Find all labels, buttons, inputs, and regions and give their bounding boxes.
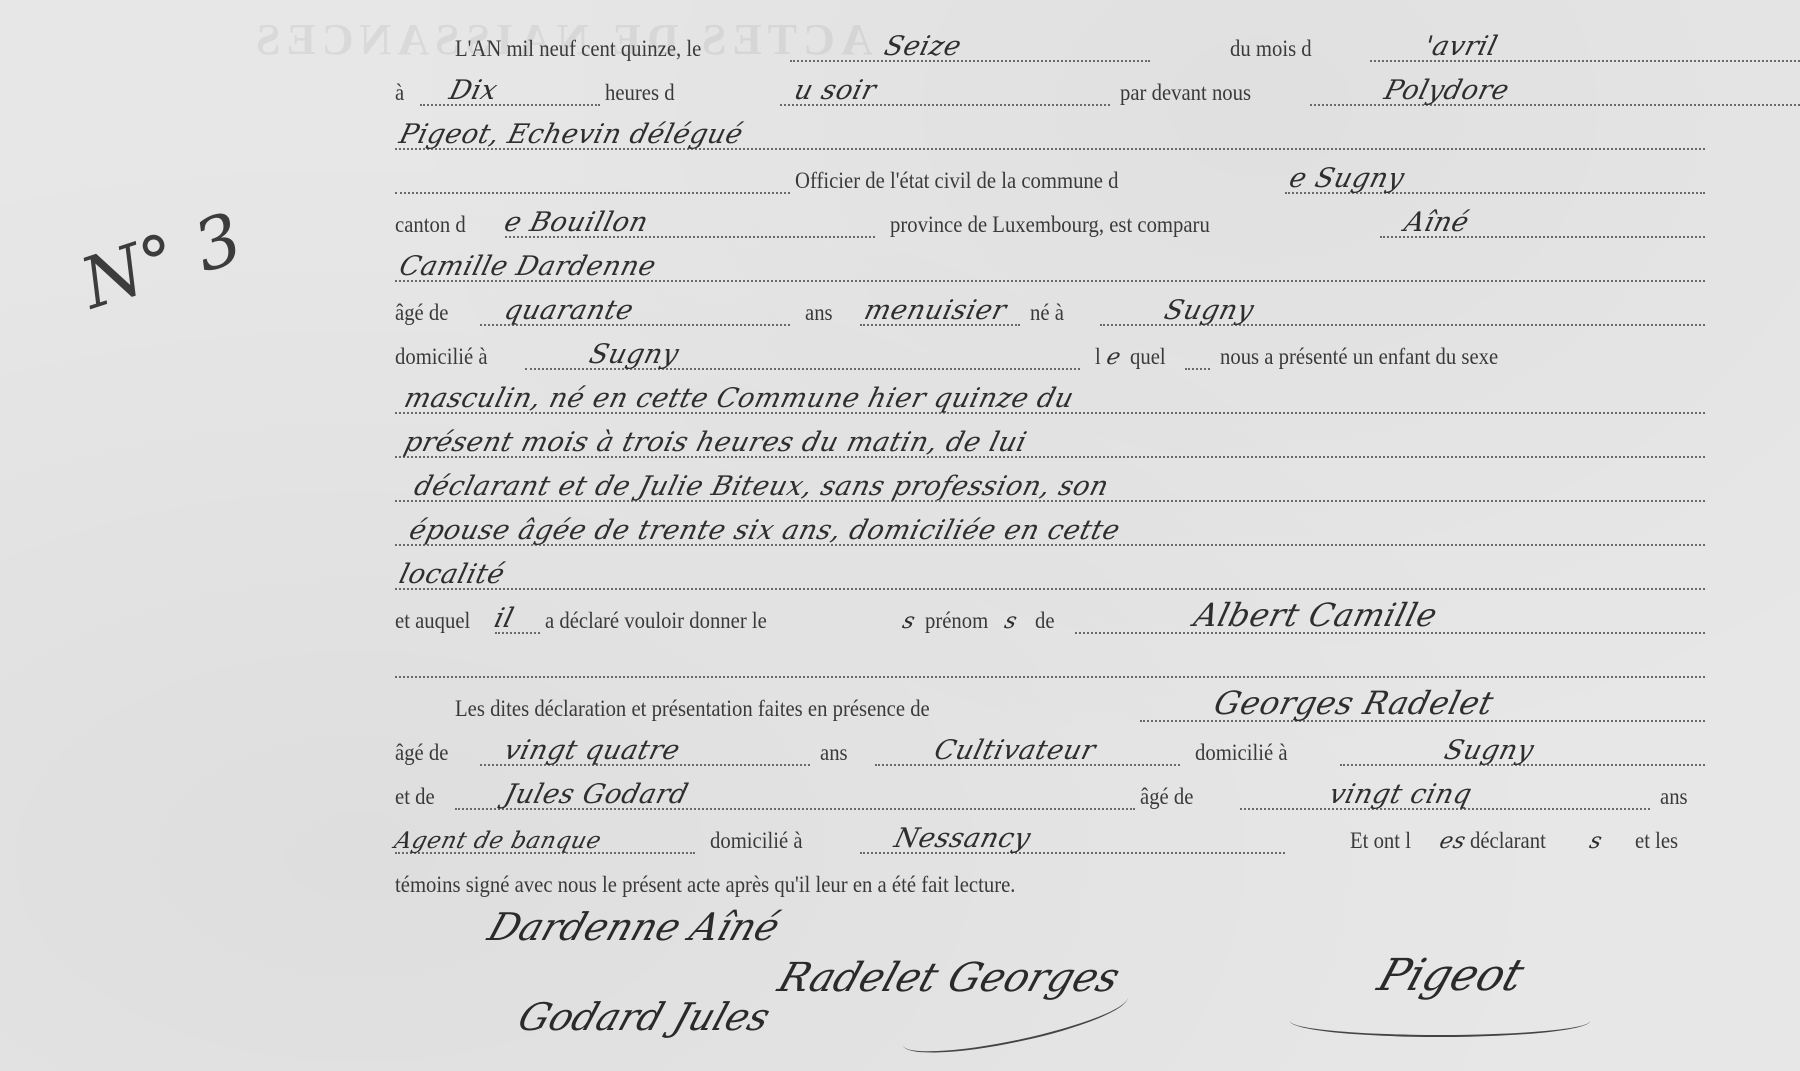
field-hour: Dix [446,75,501,106]
field-declarant-domicile: Sugny [586,339,682,370]
line-narrative-4: épouse âgée de trente six ans, domicilié… [395,510,1705,554]
field-commune: e Sugny [1286,163,1408,194]
line-domicile: domicilié à Sugny l e quel nous a présen… [395,334,1705,378]
field-canton: e Bouillon [501,207,651,238]
line-witness-intro: Les dites déclaration et présentation fa… [395,686,1705,730]
line-blank [395,642,1705,686]
line-declarant: Camille Dardenne [395,246,1705,290]
field-witness1-name: Georges Radelet [1210,684,1497,722]
field-child-given-names: Albert Camille [1190,596,1441,634]
line-closing: témoins signé avec nous le présent acte … [395,862,1705,906]
line-canton: canton d e Bouillon province de Luxembou… [395,202,1705,246]
signature-officer: Pigeot [1372,950,1531,1001]
line-narrative-2: présent mois à trois heures du matin, de… [395,422,1705,466]
record-number: N° 3 [71,197,251,325]
field-witness1-domicile: Sugny [1441,735,1537,766]
field-witness1-age: vingt quatre [501,735,683,766]
document-page: ACTES DE NAISSANCES N° 3 L'AN mil neuf c… [0,0,1800,1071]
line-date: L'AN mil neuf cent quinze, le Seize du m… [395,26,1705,70]
field-declarant-name: Camille Dardenne [396,251,659,282]
field-declarant-age: quarante [501,295,637,326]
officer-flourish [1290,1005,1590,1037]
line-hour: à Dix heures d u soir par devant nous Po… [395,70,1705,114]
line-commune: Officier de l'état civil de la commune d… [395,158,1705,202]
field-witness2-domicile: Nessancy [891,823,1034,854]
field-witness2-age: vingt cinq [1326,779,1475,810]
line-narrative-3: déclarant et de Julie Biteux, sans profe… [395,466,1705,510]
signature-declarant: Dardenne Aîné [483,905,785,949]
line-witness2-domicile: Agent de banque domicilié à Nessancy Et … [395,818,1705,862]
field-time-of-day: u soir [791,75,879,106]
field-declarant-title: Aîné [1401,207,1472,238]
field-witness2-name: Jules Godard [501,779,691,810]
field-month: 'avril [1421,31,1501,62]
line-witness1: âgé de vingt quatre ans Cultivateur domi… [395,730,1705,774]
field-declarant-occupation: menuisier [861,295,1010,326]
line-narrative-1: masculin, né en cette Commune hier quinz… [395,378,1705,422]
field-witness1-occupation: Cultivateur [931,735,1099,766]
signature-witness2: Godard Jules [513,995,776,1039]
line-officer: Pigeot, Echevin délégué [395,114,1705,158]
field-day: Seize [881,31,965,62]
field-officer-first: Polydore [1381,75,1512,106]
line-witness2: et de Jules Godard âgé de vingt cinq ans [395,774,1705,818]
line-given-names: et auquel il a déclaré vouloir donner le… [395,598,1705,642]
field-witness2-occupation: Agent de banque [392,828,604,854]
line-narrative-5: localité [395,554,1705,598]
line-declarant-age: âgé de quarante ans menuisier né à Sugny [395,290,1705,334]
field-officer-name: Pigeot, Echevin délégué [396,119,746,150]
field-declarant-birthplace: Sugny [1161,295,1257,326]
